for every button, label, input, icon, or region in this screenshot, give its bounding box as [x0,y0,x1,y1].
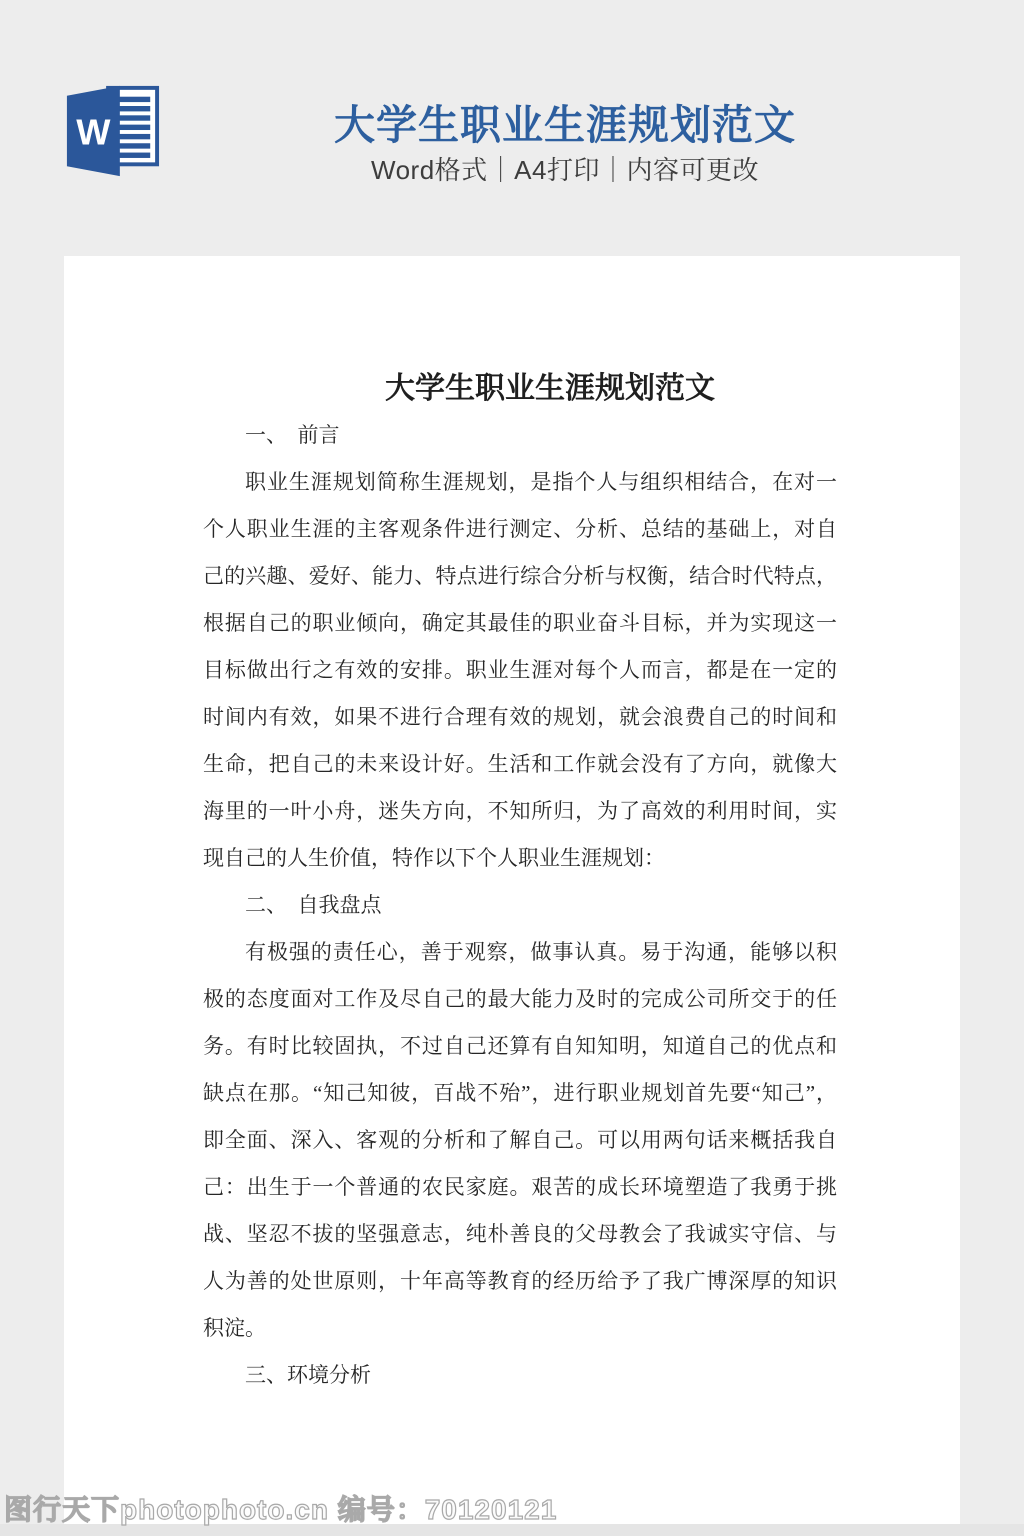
doc-line: 人为善的处世原则，十年高等教育的经历给予了我广博深厚的知识 [203,1258,837,1305]
doc-line: 海里的一叶小舟，迷失方向，不知所归，为了高效的利用时间，实 [203,788,837,835]
doc-line: 己：出生于一个普通的农民家庭。艰苦的成长环境塑造了我勇于挑 [203,1164,837,1211]
doc-heading: 三、环境分析 [203,1352,837,1399]
doc-heading: 一、 前言 [203,412,837,459]
doc-line: 极的态度面对工作及尽自己的最大能力及时的完成公司所交于的任 [203,976,837,1023]
doc-line: 时间内有效，如果不进行合理有效的规划，就会浪费自己的时间和 [203,694,837,741]
doc-line: 战、坚忍不拔的坚强意志，纯朴善良的父母教会了我诚实守信、与 [203,1211,837,1258]
doc-line: 目标做出行之有效的安排。职业生涯对每个人而言，都是在一定的 [203,647,837,694]
document-title: 大学生职业生涯规划范文 [203,365,837,412]
header-subtitle: Word格式｜A4打印｜内容可更改 [106,150,1024,187]
template-preview-page: { "colors": { "accent_blue": "#2d5f9f", … [0,0,1024,1536]
doc-line: 现自己的人生价值，特作以下个人职业生涯规划： [203,835,837,882]
watermark: 图行天下photophoto.cn 编号：70120121 [4,1488,557,1528]
header-title: 大学生职业生涯规划范文 [106,92,1024,151]
doc-heading: 二、 自我盘点 [203,882,837,929]
doc-lines: 一、 前言职业生涯规划简称生涯规划，是指个人与组织相结合，在对一个人职业生涯的主… [203,412,837,1399]
doc-line: 己的兴趣、爱好、能力、特点进行综合分析与权衡，结合时代特点， [203,553,837,600]
doc-line: 有极强的责任心，善于观察，做事认真。易于沟通，能够以积 [203,929,837,976]
doc-line: 生命，把自己的未来设计好。生活和工作就会没有了方向，就像大 [203,741,837,788]
doc-line: 职业生涯规划简称生涯规划，是指个人与组织相结合，在对一 [203,459,837,506]
doc-line: 缺点在那。“知己知彼，百战不殆”，进行职业规划首先要“知己”， [203,1070,837,1117]
doc-line: 根据自己的职业倾向，确定其最佳的职业奋斗目标，并为实现这一 [203,600,837,647]
a4-document-page: 大学生职业生涯规划范文 一、 前言职业生涯规划简称生涯规划，是指个人与组织相结合… [64,256,960,1524]
doc-line: 个人职业生涯的主客观条件进行测定、分析、总结的基础上，对自 [203,506,837,553]
doc-line: 务。有时比较固执，不过自己还算有自知知明，知道自己的优点和 [203,1023,837,1070]
header: W 大学生职业生涯规划范文 Word格式｜A4打印｜内容可更改 [0,0,1024,256]
doc-line: 积淀。 [203,1305,837,1352]
doc-line: 即全面、深入、客观的分析和了解自己。可以用两句话来概括我自 [203,1117,837,1164]
